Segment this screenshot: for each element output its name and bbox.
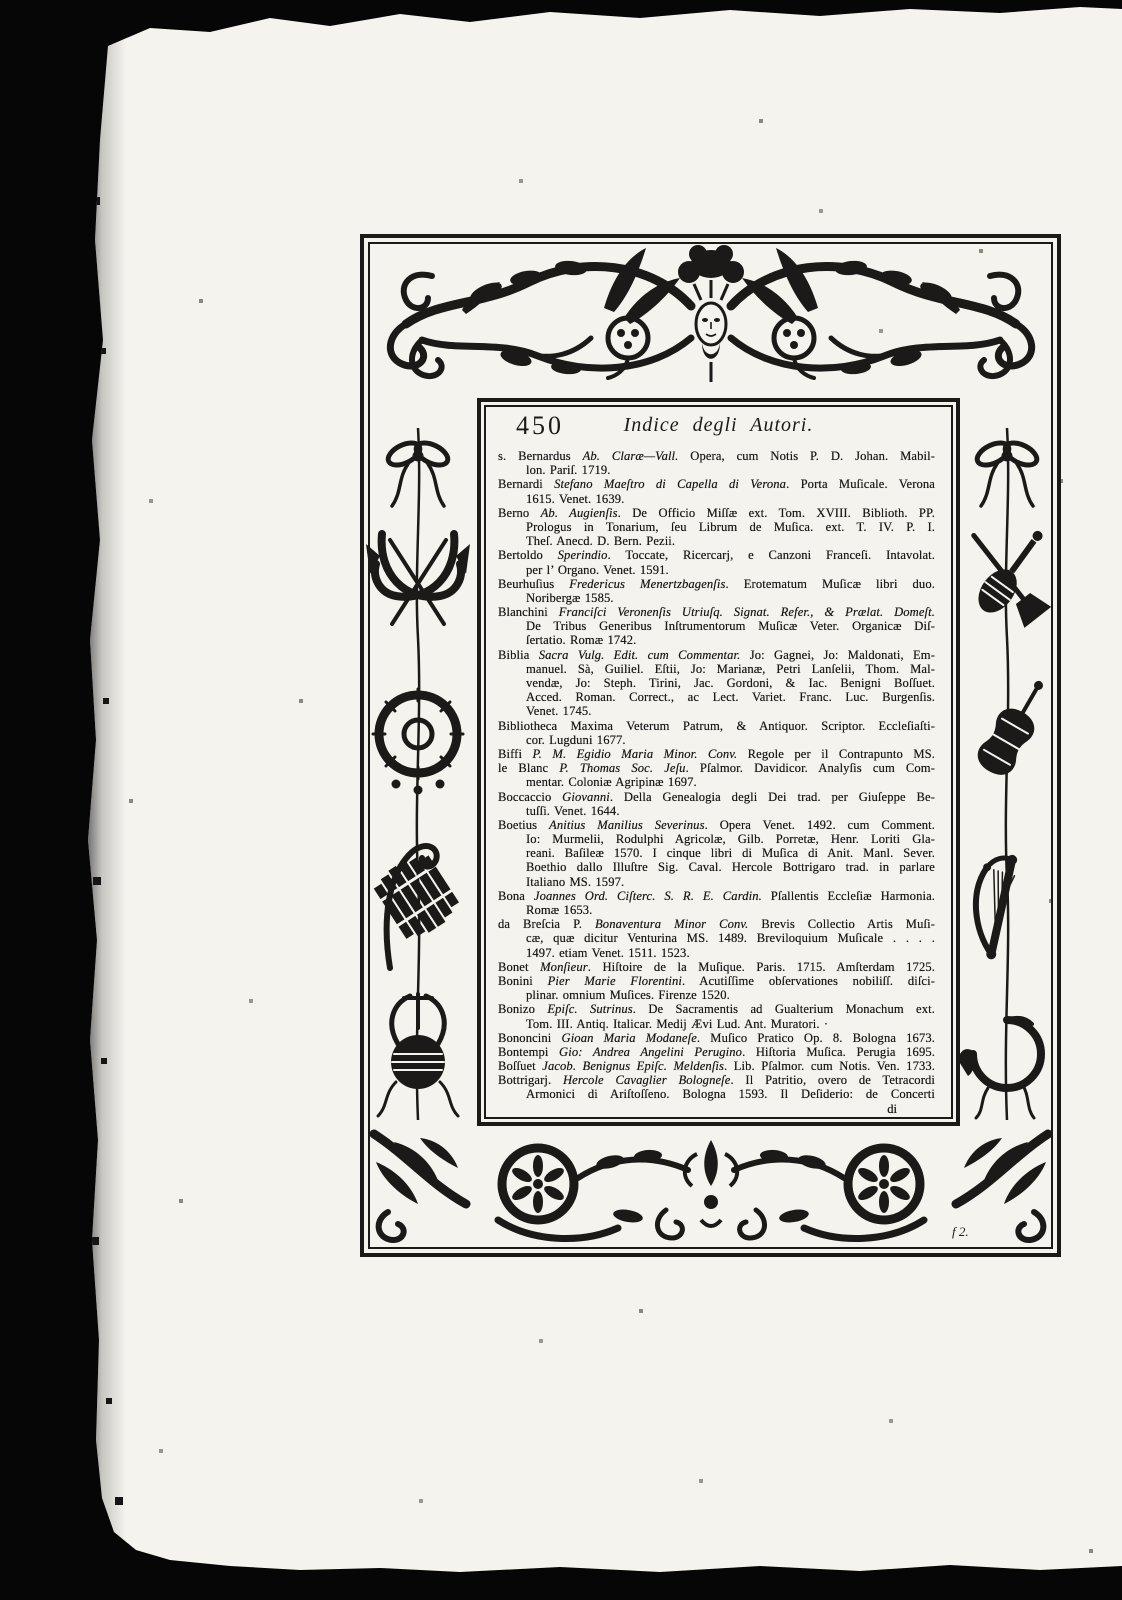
entry-line: Beurhuſius Fredericus Menertzbagenſis. E…	[498, 577, 935, 591]
entry-line: Prologus in Tonarium, ſeu Librum de Muſi…	[498, 520, 935, 534]
page-number: 450	[516, 411, 564, 441]
entry-line: per l’ Organo. Venet. 1591.	[498, 563, 935, 577]
scanned-book-page: 450 Indice degli Autori. s. Bernardus Ab…	[0, 0, 1122, 1600]
entry-line: Io: Murmelii, Rodulphi Agricolæ, Gilb. P…	[498, 832, 935, 846]
entry-line: vendæ, Jo: Steph. Tirini, Jac. Gordoni, …	[498, 676, 935, 690]
right-instrument-trophy	[956, 428, 1058, 1120]
left-instrument-trophy	[366, 428, 470, 1120]
entry-line: Venet. 1745.	[498, 704, 935, 718]
entry-line: Bottrigarj. Hercole Cavaglier Bologneſe.…	[498, 1073, 935, 1087]
entry-line: Bonet Monſieur. Hiſtoire de la Muſique. …	[498, 960, 935, 974]
entry-line: Bibliotheca Maxima Veterum Patrum, & Ant…	[498, 719, 935, 733]
entry-line: Noribergæ 1585.	[498, 591, 935, 605]
entry-line: reani. Baſileæ 1570. I cinque libri di M…	[498, 846, 935, 860]
entry-line: cæ, quæ dicitur Venturina MS. 1489. Brev…	[498, 931, 935, 945]
harp-icon	[965, 854, 1036, 961]
entry-line: Bona Joannes Ord. Ciſterc. S. R. E. Card…	[498, 889, 935, 903]
panpipes-icon	[368, 847, 465, 946]
palmette-finial-icon	[685, 1140, 737, 1226]
entry-line: Biffi P. M. Egidio Maria Minor. Conv. Re…	[498, 747, 935, 761]
entry-line: Bononcini Gioan Maria Modaneſe. Muſico P…	[498, 1031, 935, 1045]
entry-line: Boſſuet Jacob. Benignus Epiſc. Meldenſis…	[498, 1059, 935, 1073]
entry-line: Italiano MS. 1597.	[498, 875, 935, 889]
entry-line: ſertatio. Romæ 1742.	[498, 633, 935, 647]
catchword: di	[498, 1102, 935, 1116]
entry-line: da Breſcia P. Bonaventura Minor Conv. Br…	[498, 917, 935, 931]
entry-line: Blanchini Franciſci Veronenſis Utriuſq. …	[498, 605, 935, 619]
hunting-horn-icon	[958, 1018, 1041, 1118]
entry-line: s. Bernardus Ab. Claræ—Vall. Opera, cum …	[498, 449, 935, 463]
entry-line: le Blanc P. Thomas Soc. Jeſu. Pſalmor. D…	[498, 761, 935, 775]
entry-line: Boccaccio Giovanni. Della Genealogia deg…	[498, 790, 935, 804]
entry-line: De Tribus Generibus Inſtrumentorum Muſic…	[498, 619, 935, 633]
entry-line: Theſ. Anecd. D. Bern. Pezii.	[498, 534, 935, 548]
entry-line: Boetius Anitius Manilius Severinus. Oper…	[498, 818, 935, 832]
entry-line: Bernardi Stefano Maeſtro di Capella di V…	[498, 477, 935, 491]
entry-line: plinar. omnium Muſices. Firenze 1520.	[498, 988, 935, 1002]
paper-sheet: 450 Indice degli Autori. s. Bernardus Ab…	[0, 0, 1122, 1600]
foliate-mask-icon	[678, 245, 744, 382]
entry-line: Armonici di Ariſtoſſeno. Bologna 1593. I…	[498, 1087, 935, 1101]
entry-line: lon. Pariſ. 1719.	[498, 463, 935, 477]
entry-line: Bertoldo Sperindio. Toccate, Ricercarj, …	[498, 548, 935, 562]
paper-edge-shadow	[86, 30, 126, 1560]
entry-line: tuſſi. Venet. 1644.	[498, 804, 935, 818]
entry-line: Boethio dallo Illuſtre Sig. Caval. Herco…	[498, 860, 935, 874]
text-block: s. Bernardus Ab. Claræ—Vall. Opera, cum …	[498, 449, 935, 1116]
text-panel: 450 Indice degli Autori. s. Bernardus Ab…	[477, 398, 960, 1126]
entry-line: 1497. etiam Venet. 1511. 1523.	[498, 946, 935, 960]
page-title: Indice degli Autori.	[624, 414, 814, 437]
text-panel-inner-rule: 450 Indice degli Autori. s. Bernardus Ab…	[484, 405, 953, 1119]
entry-line: manuel. Sà, Guiliel. Eſtii, Jo: Marianæ,…	[498, 662, 935, 676]
entry-line: cor. Lugduni 1677.	[498, 733, 935, 747]
entry-line: mentar. Coloniæ Agripinæ 1697.	[498, 775, 935, 789]
entry-line: Berno Ab. Augienſis. De Officio Miſſæ ex…	[498, 506, 935, 520]
page-header: 450 Indice degli Autori.	[486, 407, 951, 446]
top-border-ornament	[366, 242, 1056, 394]
entry-line: Bontempi Gio: Andrea Angelini Perugino. …	[498, 1045, 935, 1059]
signature-mark: f 2.	[952, 1224, 1022, 1240]
entry-line: Romæ 1653.	[498, 903, 935, 917]
entry-line: Tom. III. Antiq. Italicar. Medij Ævi Lud…	[498, 1017, 935, 1031]
entry-line: Biblia Sacra Vulg. Edit. cum Commentar. …	[498, 648, 935, 662]
entry-line: 1615. Venet. 1639.	[498, 492, 935, 506]
entry-line: Bonizo Epiſc. Sutrinus. De Sacramentis a…	[498, 1002, 935, 1016]
paper-specks	[0, 0, 2, 2]
entry-line: Bonini Pier Marie Florentini. Acutiſſime…	[498, 974, 935, 988]
viol-icon	[972, 672, 1058, 781]
entry-line: Acced. Roman. Correct., ac Lect. Variet.…	[498, 690, 935, 704]
